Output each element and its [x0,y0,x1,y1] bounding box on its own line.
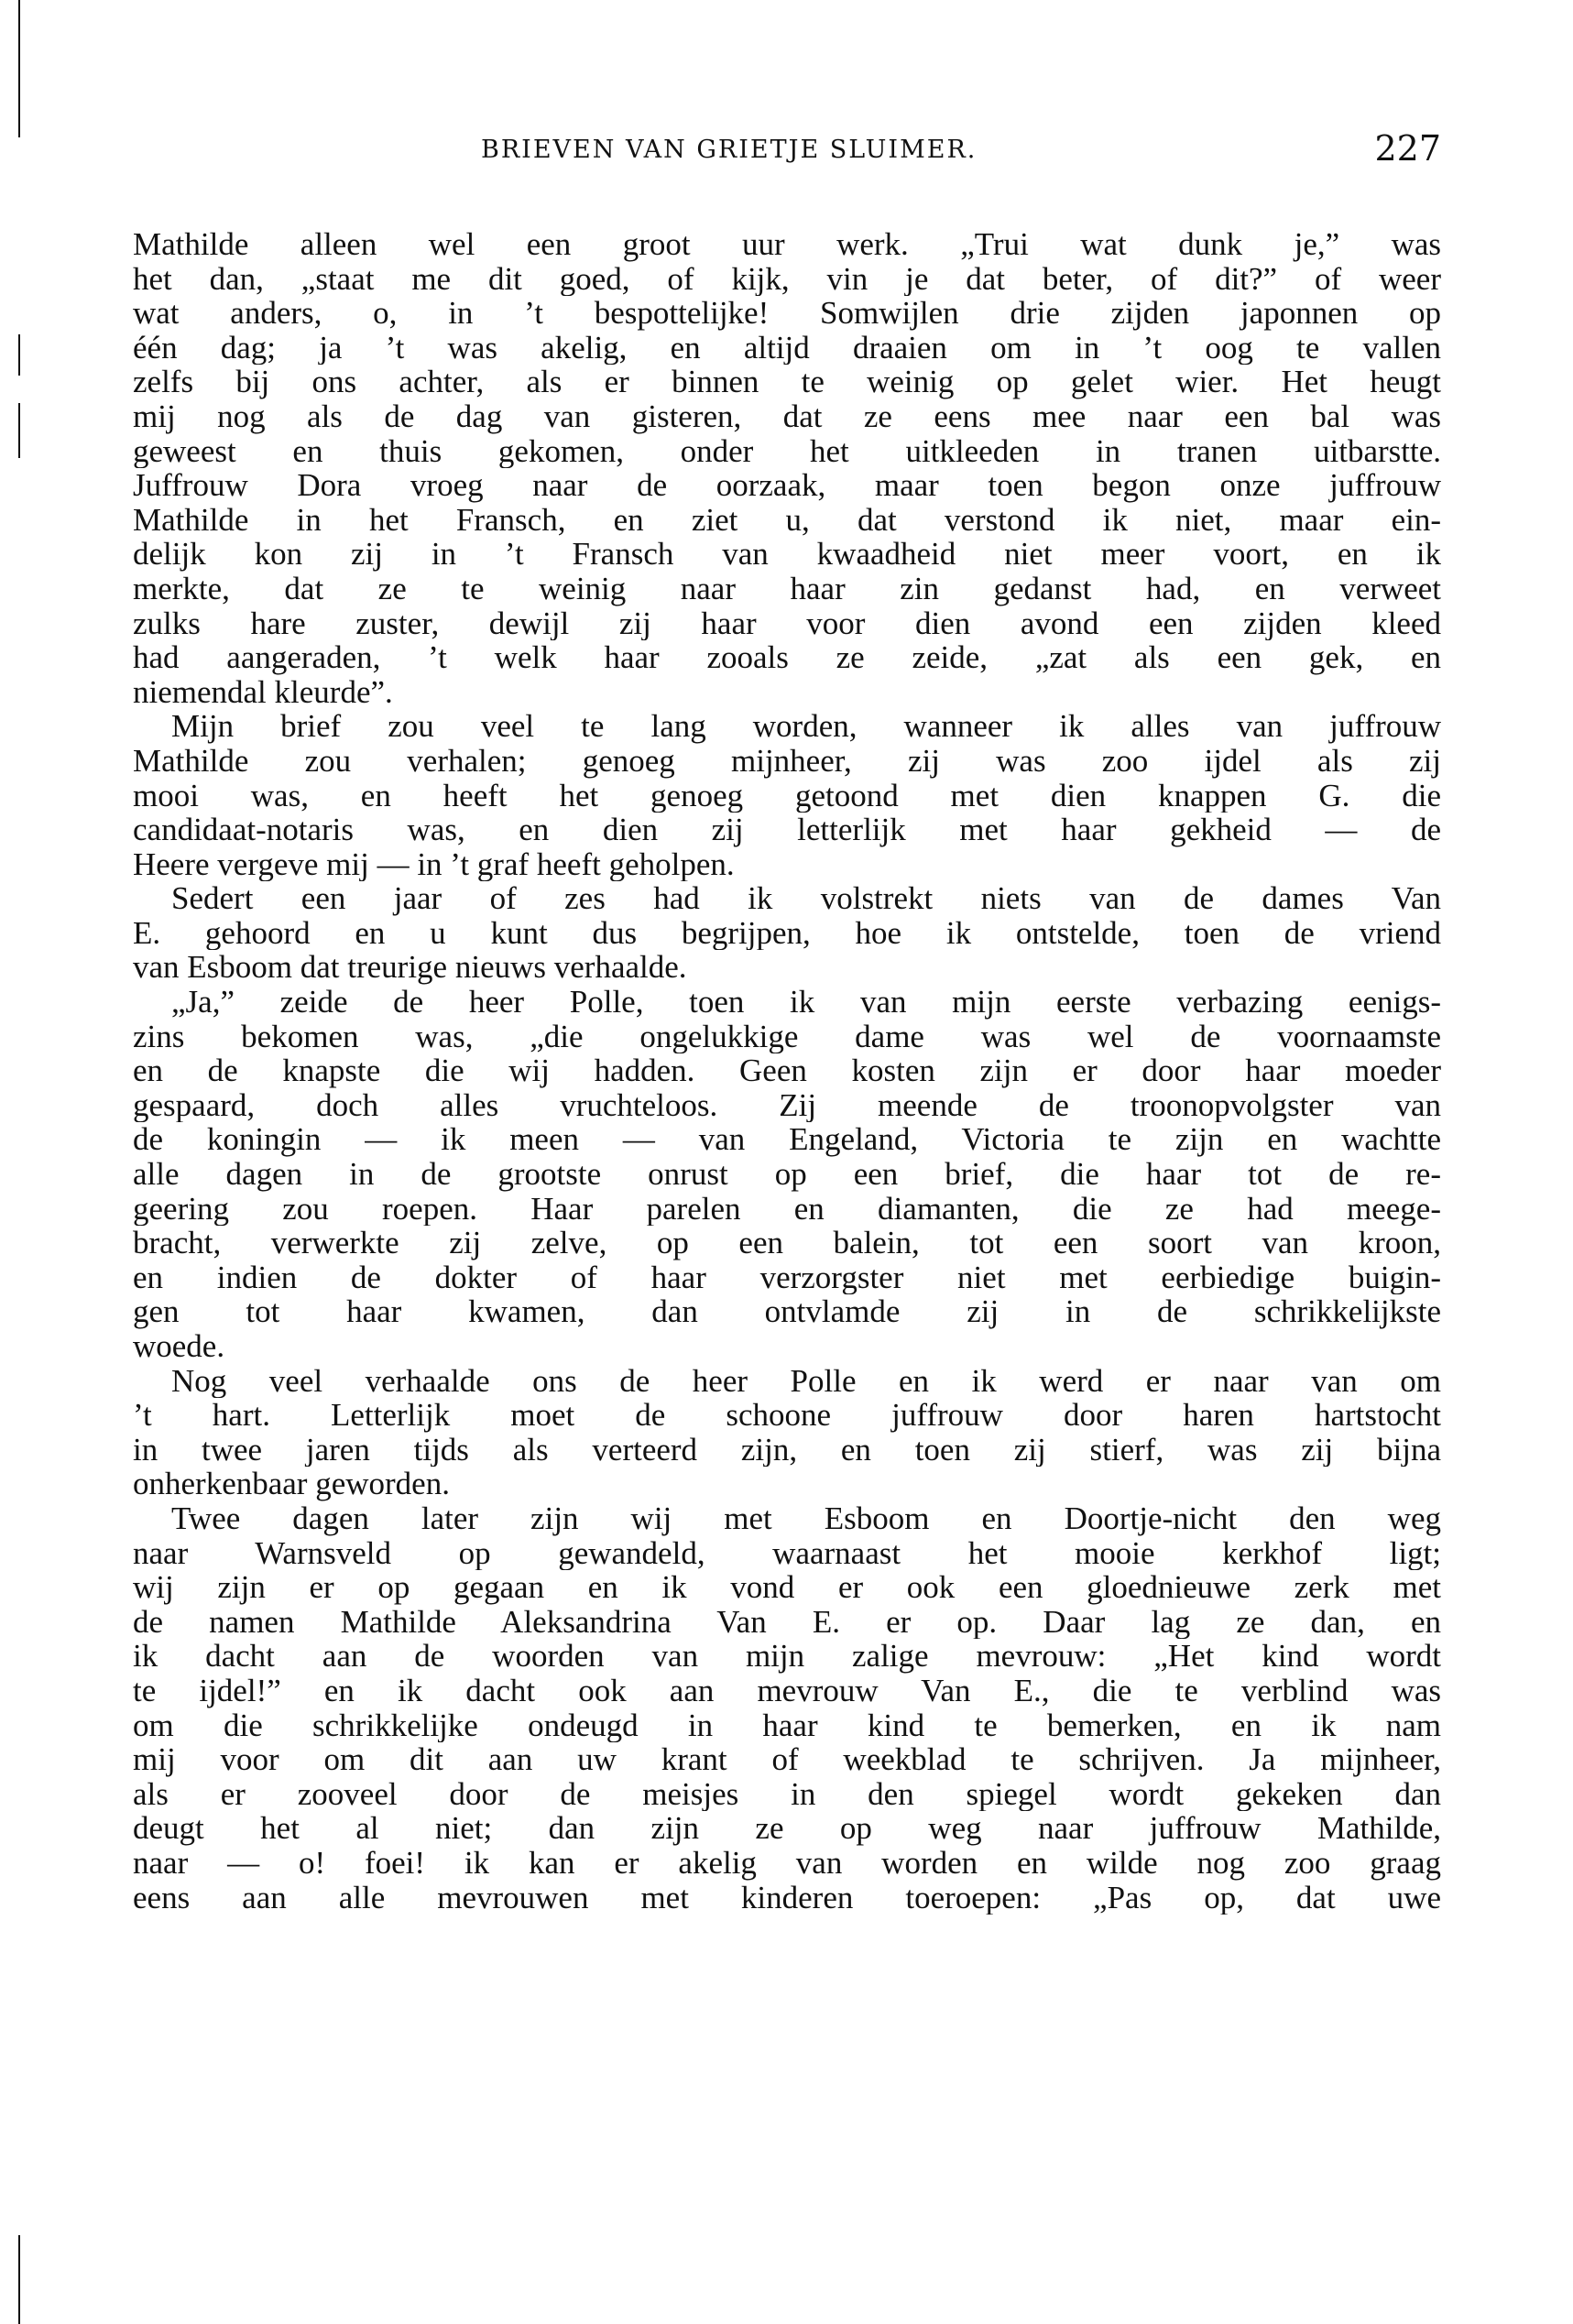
text-line: Mathilde zou verhalen; genoeg mijnheer, … [133,744,1441,779]
text-line: te ijdel!” en ik dacht ook aan mevrouw V… [133,1674,1441,1708]
text-line: geweest en thuis gekomen, onder het uitk… [133,434,1441,469]
body-text: Mathilde alleen wel een groot uur werk. … [133,227,1441,1915]
running-head: BRIEVEN VAN GRIETJE SLUIMER. 227 [133,136,1441,172]
text-line: in twee jaren tijds als verteerd zijn, e… [133,1433,1441,1468]
text-line: mooi was, en heeft het genoeg getoond me… [133,779,1441,813]
text-line: om die schrikkelijke ondeugd in haar kin… [133,1708,1441,1743]
text-line: woede. [133,1329,1441,1364]
text-line: mij voor om dit aan uw krant of weekblad… [133,1742,1441,1777]
paragraph: Sedert een jaar of zes had ik volstrekt … [133,881,1441,985]
text-line: gespaard, doch alles vruchteloos. Zij me… [133,1088,1441,1123]
text-line: Nog veel verhaalde ons de heer Polle en … [133,1364,1441,1399]
text-line: mij nog als de dag van gisteren, dat ze … [133,399,1441,434]
text-line: had aangeraden, ’t welk haar zooals ze z… [133,640,1441,675]
text-line: de namen Mathilde Aleksandrina Van E. er… [133,1605,1441,1640]
text-line: onherkenbaar geworden. [133,1467,1441,1501]
text-line: Mijn brief zou veel te lang worden, wann… [133,709,1441,744]
text-line: bracht, verwerkte zij zelve, op een bale… [133,1226,1441,1260]
text-line: ’t hart. Letterlijk moet de schoone juff… [133,1398,1441,1433]
text-line: het dan, „staat me dit goed, of kijk, vi… [133,262,1441,297]
text-line: eens aan alle mevrouwen met kinderen toe… [133,1881,1441,1915]
paragraph: Twee dagen later zijn wij met Esboom en … [133,1501,1441,1915]
text-line: wij zijn er op gegaan en ik vond er ook … [133,1570,1441,1605]
paragraph: Nog veel verhaalde ons de heer Polle en … [133,1364,1441,1501]
text-line: delijk kon zij in ’t Fransch van kwaadhe… [133,537,1441,572]
text-line: candidaat-notaris was, en dien zij lette… [133,813,1441,847]
text-line: één dag; ja ’t was akelig, en altijd dra… [133,331,1441,366]
text-line: Heere vergeve mij — in ’t graf heeft geh… [133,847,1441,882]
text-line: „Ja,” zeide de heer Polle, toen ik van m… [133,985,1441,1020]
text-line: merkte, dat ze te weinig naar haar zin g… [133,572,1441,606]
text-line: zulks hare zuster, dewijl zij haar voor … [133,606,1441,641]
paragraph: Mijn brief zou veel te lang worden, wann… [133,709,1441,881]
text-line: de koningin — ik meen — van Engeland, Vi… [133,1122,1441,1157]
text-line: van Esboom dat treurige nieuws verhaalde… [133,950,1441,985]
text-line: Sedert een jaar of zes had ik volstrekt … [133,881,1441,916]
running-title: BRIEVEN VAN GRIETJE SLUIMER. [481,136,977,164]
text-line: Twee dagen later zijn wij met Esboom en … [133,1501,1441,1536]
text-line: naar Warnsveld op gewandeld, waarnaast h… [133,1536,1441,1571]
text-line: geering zou roepen. Haar parelen en diam… [133,1192,1441,1227]
text-line: niemendal kleurde”. [133,675,1441,710]
paragraph: Mathilde alleen wel een groot uur werk. … [133,227,1441,709]
text-line: E. gehoord en u kunt dus begrijpen, hoe … [133,916,1441,951]
scan-edge-mid2 [18,403,20,458]
text-line: naar — o! foei! ik kan er akelig van wor… [133,1846,1441,1881]
text-line: en indien de dokter of haar verzorgster … [133,1260,1441,1295]
text-line: Mathilde alleen wel een groot uur werk. … [133,227,1441,262]
scan-edge-mid [18,334,20,376]
text-line: alle dagen in de grootste onrust op een … [133,1157,1441,1192]
text-line: Juffrouw Dora vroeg naar de oorzaak, maa… [133,468,1441,503]
scan-edge-bottom [18,2235,20,2324]
text-line: Mathilde in het Fransch, en ziet u, dat … [133,503,1441,538]
text-line: gen tot haar kwamen, dan ontvlamde zij i… [133,1294,1441,1329]
paragraph: „Ja,” zeide de heer Polle, toen ik van m… [133,985,1441,1364]
scan-edge-top [18,0,20,137]
text-line: deugt het al niet; dan zijn ze op weg na… [133,1811,1441,1846]
text-line: ik dacht aan de woorden van mijn zalige … [133,1639,1441,1674]
text-line: zelfs bij ons achter, als er binnen te w… [133,365,1441,399]
text-line: wat anders, o, in ’t bespottelijke! Somw… [133,296,1441,331]
page-number: 227 [1374,128,1441,169]
text-line: als er zooveel door de meisjes in den sp… [133,1777,1441,1812]
text-line: zins bekomen was, „die ongelukkige dame … [133,1020,1441,1054]
text-line: en de knapste die wij hadden. Geen koste… [133,1053,1441,1088]
